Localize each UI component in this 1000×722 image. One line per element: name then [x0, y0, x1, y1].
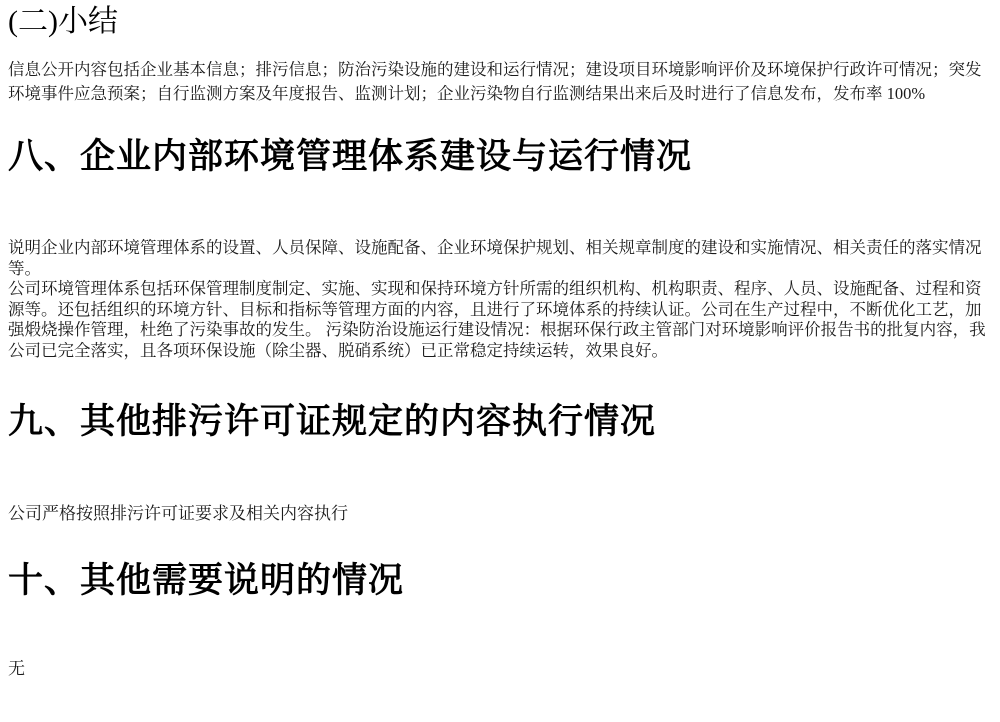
subsection-heading: (二)小结 [8, 0, 118, 44]
section-8-paragraph-1: 说明企业内部环境管理体系的设置、人员保障、设施配备、企业环境保护规划、相关规章制… [8, 238, 994, 279]
section-10-heading: 十、其他需要说明的情况 [8, 558, 404, 604]
section-10-paragraph: 无 [8, 658, 994, 680]
section-8-heading: 八、企业内部环境管理体系建设与运行情况 [8, 134, 692, 180]
section-8-paragraph-2: 公司环境管理体系包括环保管理制度制定、实施、实现和保持环境方针所需的组织机构、机… [8, 279, 994, 361]
section-8-body: 说明企业内部环境管理体系的设置、人员保障、设施配备、企业环境保护规划、相关规章制… [8, 238, 994, 361]
document-page: (二)小结 信息公开内容包括企业基本信息；排污信息；防治污染设施的建设和运行情况… [0, 0, 1000, 722]
section-9-heading: 九、其他排污许可证规定的内容执行情况 [8, 399, 656, 445]
section-9-paragraph: 公司严格按照排污许可证要求及相关内容执行 [8, 503, 994, 525]
subsection-summary-paragraph: 信息公开内容包括企业基本信息；排污信息；防治污染设施的建设和运行情况；建设项目环… [8, 58, 994, 105]
